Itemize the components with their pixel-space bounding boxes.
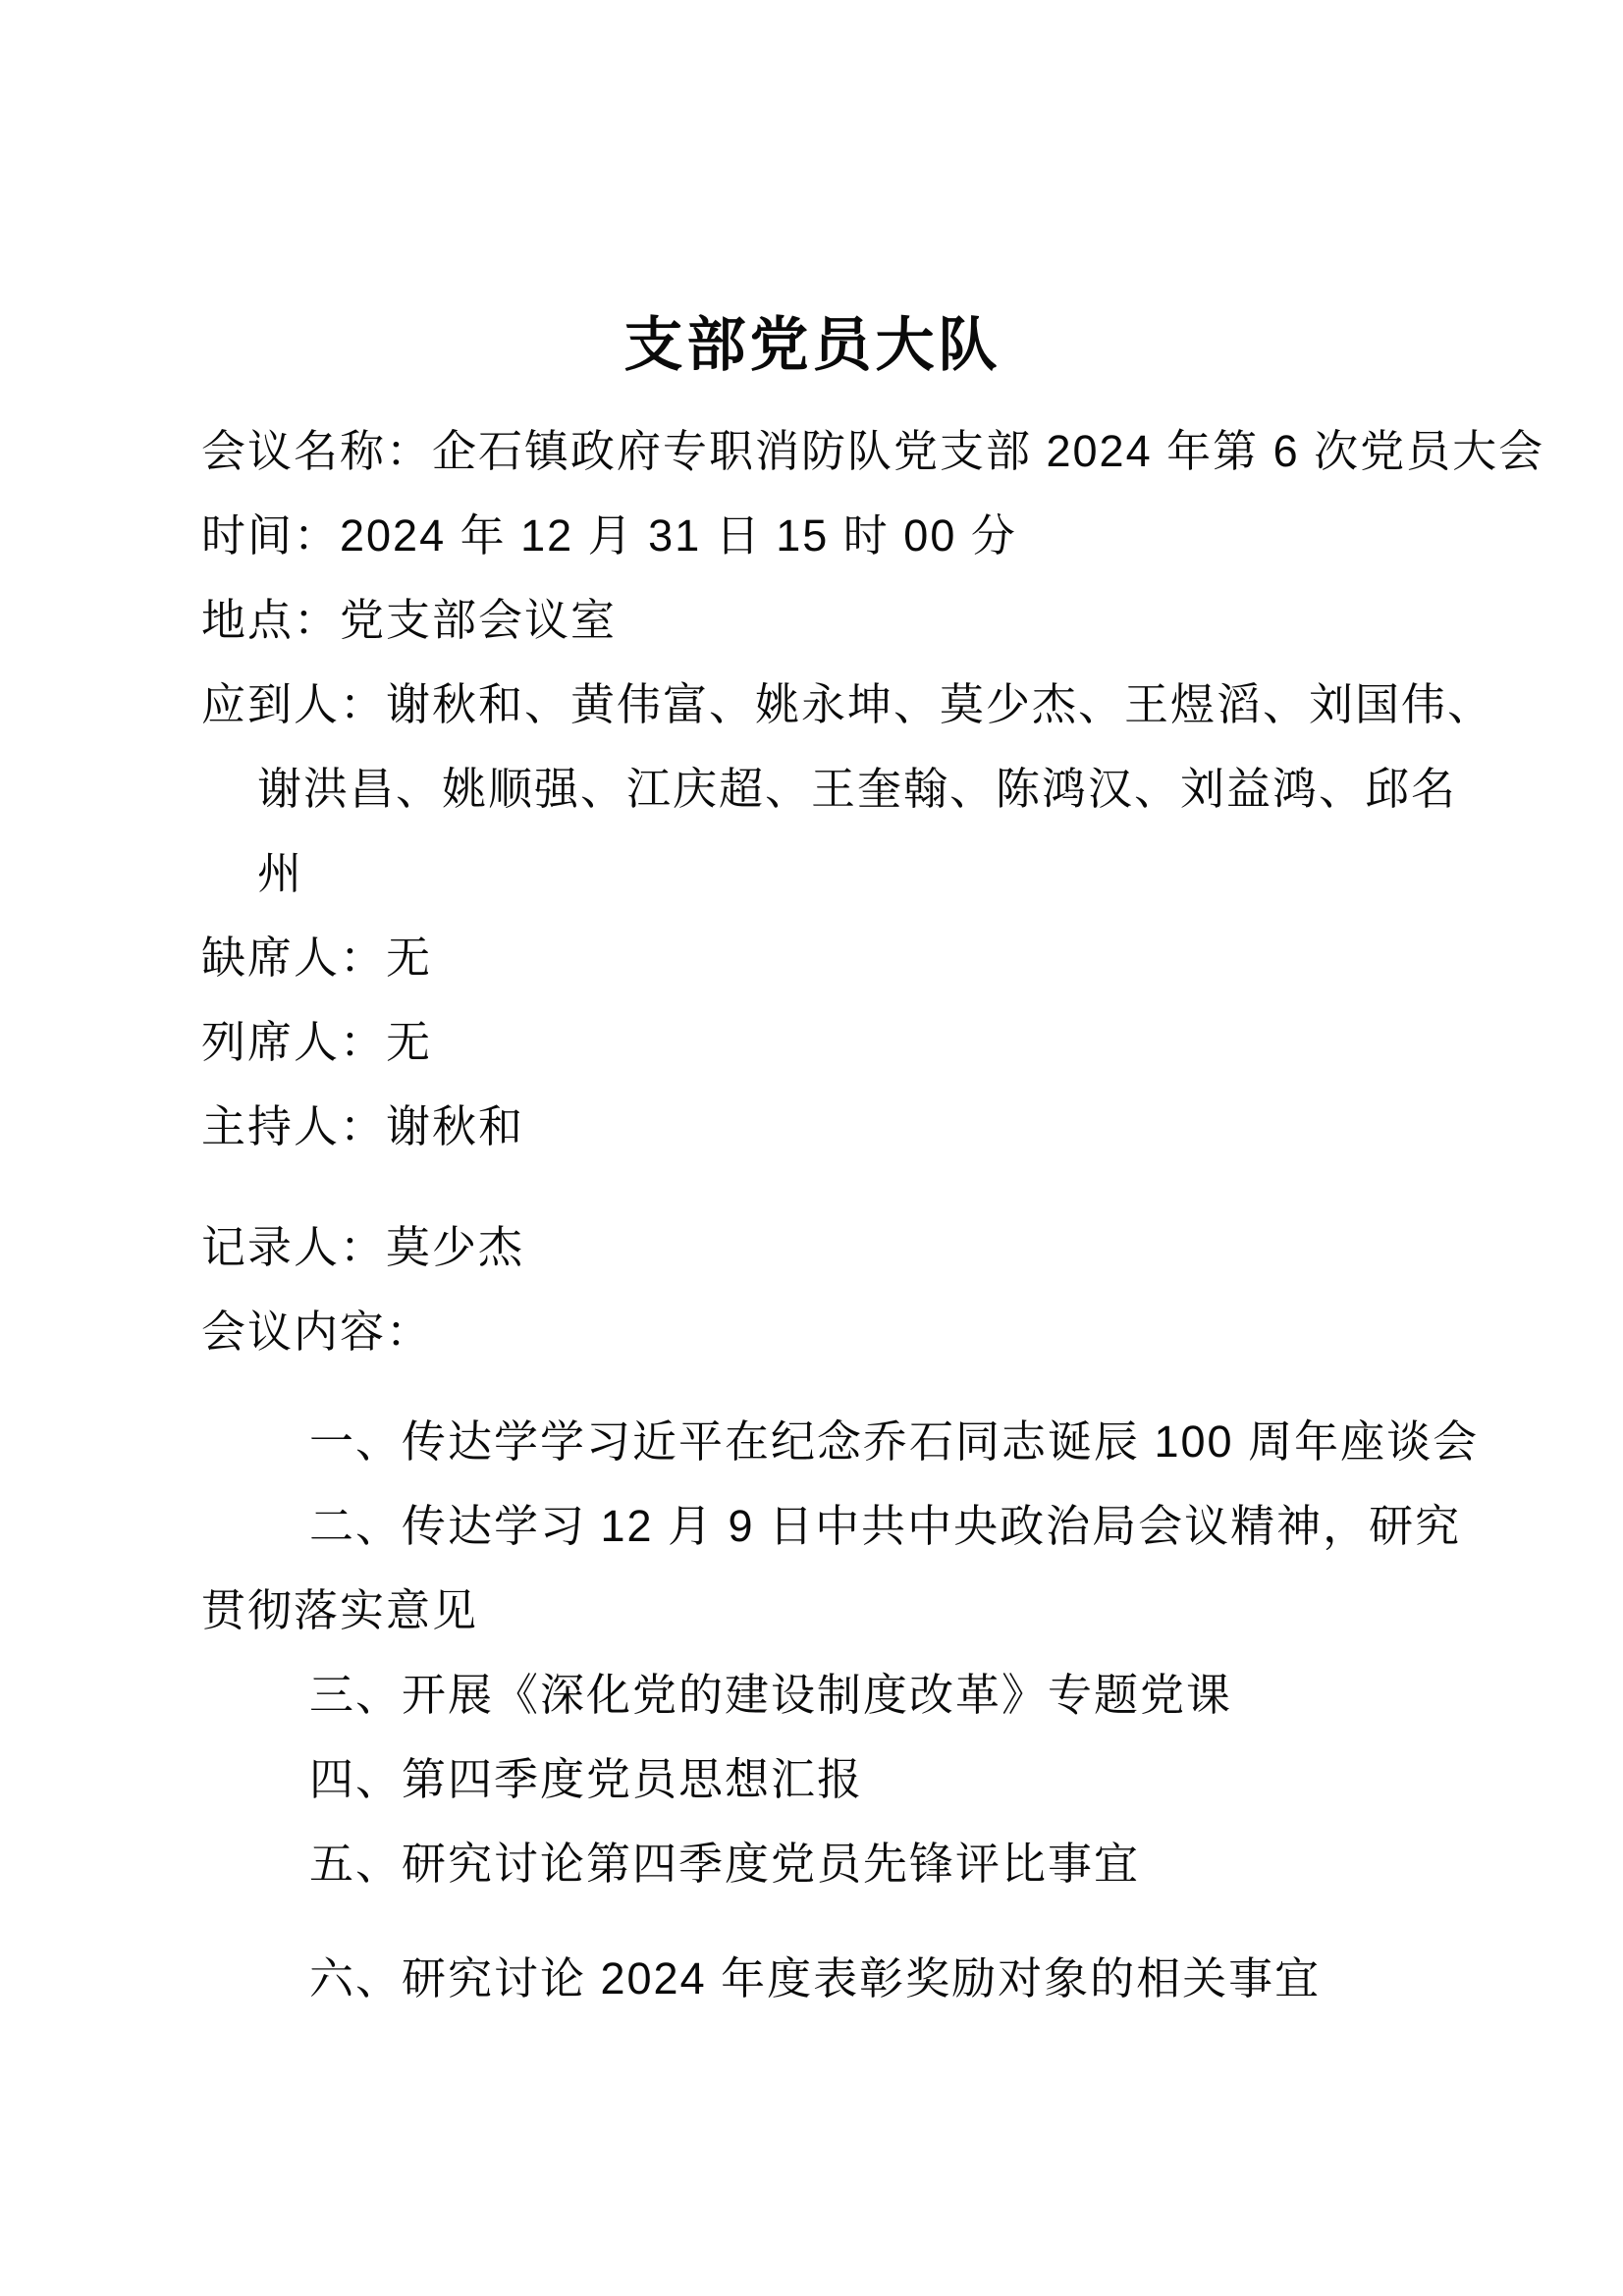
meeting-location-line: 地点：党支部会议室 <box>201 578 1458 663</box>
agenda-item-6: 六、研究讨论 2024 年度表彰奖励对象的相关事宜 <box>201 1937 1458 2021</box>
meeting-name-line: 会议名称：企石镇政府专职消防队党支部 2024 年第 6 次党员大会 <box>201 409 1458 494</box>
observers-line: 列席人：无 <box>201 1000 1458 1085</box>
expected-attendees-line-1: 应到人：谢秋和、黄伟富、姚永坤、莫少杰、王煜滔、刘国伟、 <box>201 663 1458 747</box>
agenda-item-4: 四、第四季度党员思想汇报 <box>201 1737 1458 1822</box>
document-body: 会议名称：企石镇政府专职消防队党支部 2024 年第 6 次党员大会 时间：20… <box>201 409 1458 2021</box>
recorder-line: 记录人：莫少杰 <box>201 1205 1458 1290</box>
document-title: 支部党员大队 <box>201 310 1424 381</box>
expected-attendees-line-2: 谢洪昌、姚顺强、江庆超、王奎翰、陈鸿汉、刘益鸿、邱名 <box>201 747 1458 831</box>
agenda-item-3: 三、开展《深化党的建设制度改革》专题党课 <box>201 1653 1458 1737</box>
document-page: 支部党员大队 会议名称：企石镇政府专职消防队党支部 2024 年第 6 次党员大… <box>0 0 1623 2296</box>
expected-attendees-line-3: 州 <box>201 831 1458 916</box>
host-line: 主持人：谢秋和 <box>201 1085 1458 1169</box>
agenda-item-2-line-2: 贯彻落实意见 <box>201 1569 1458 1653</box>
agenda-item-2-line-1: 二、传达学习 12 月 9 日中共中央政治局会议精神，研究 <box>201 1484 1458 1569</box>
absentees-line: 缺席人：无 <box>201 916 1458 1000</box>
agenda-item-5: 五、研究讨论第四季度党员先锋评比事宜 <box>201 1822 1458 1906</box>
meeting-time-line: 时间：2024 年 12 月 31 日 15 时 00 分 <box>201 494 1458 578</box>
agenda-item-1: 一、传达学学习近平在纪念乔石同志诞辰 100 周年座谈会 <box>201 1400 1458 1484</box>
content-label-line: 会议内容： <box>201 1290 1458 1374</box>
